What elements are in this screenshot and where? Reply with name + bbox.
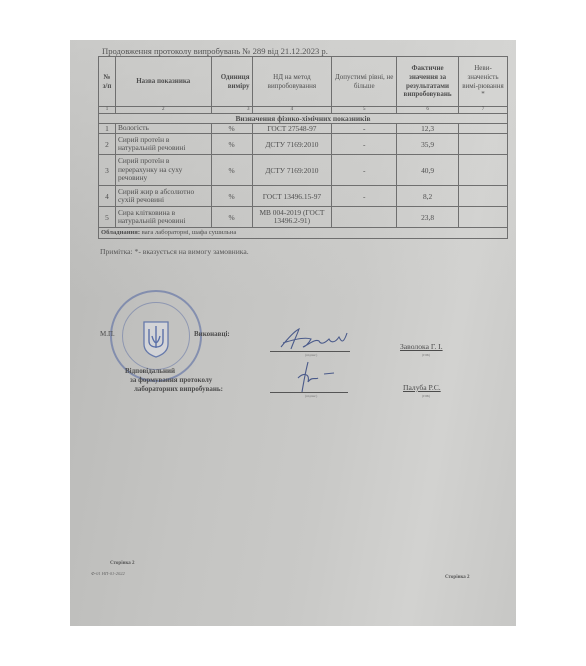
row-value: 12,3 (397, 124, 459, 134)
row-value: 8,2 (397, 186, 459, 207)
row-num: 5 (99, 207, 116, 228)
note: Примітка: *- вказується на вимогу замовн… (100, 247, 249, 256)
header-name: Назва показника (115, 57, 211, 107)
responsible-label-1: Відповідальний (125, 367, 175, 375)
signature-caption-1: (підпис) (305, 353, 317, 357)
row-name: Сирий протеїн в натуральній речовині (115, 134, 211, 155)
trident-emblem-icon (140, 320, 172, 358)
colnum: 6 (397, 107, 459, 114)
row-num: 3 (99, 155, 116, 186)
table-row: 5 Сира клітковина в натуральній речовині… (99, 207, 508, 228)
signature-line-performer (270, 351, 350, 352)
section-row: Визначення фізико-хімічних показників (99, 114, 508, 124)
document-page: Продовження протоколу випробувань № 289 … (70, 40, 516, 626)
performer-name: Заволока Г. І. (400, 342, 443, 351)
signature-responsible (290, 360, 340, 394)
header-method: НД на метод випробовування (252, 57, 332, 107)
footer-form-code: Ф-01 НП-01-2022 (91, 571, 125, 576)
row-name: Сирий жир в абсолютно сухій речовині (115, 186, 211, 207)
header-value: Фактичне значення за результатами випроб… (397, 57, 459, 107)
row-unit: % (211, 155, 252, 186)
footer-page-left: Сторінка 2 (110, 561, 135, 566)
section-title: Визначення фізико-хімічних показників (99, 114, 508, 124)
row-uncertainty (459, 124, 508, 134)
header-limit: Допустимі рівні, не більше (332, 57, 397, 107)
row-value: 35,9 (397, 134, 459, 155)
colnum: 4 (252, 107, 332, 114)
row-uncertainty (459, 155, 508, 186)
signature-caption-2: (підпис) (305, 394, 317, 398)
row-name: Сира клітковина в натуральній речовині (115, 207, 211, 228)
name-caption-1: (ПІБ) (422, 353, 430, 357)
footer-page-right: Сторінка 2 (445, 575, 470, 580)
name-caption-2: (ПІБ) (422, 394, 430, 398)
row-num: 2 (99, 134, 116, 155)
colnum: 7 (459, 107, 508, 114)
row-method: ГОСТ 27548-97 (252, 124, 332, 134)
row-name: Вологість (115, 124, 211, 134)
table-row: 1 Вологість % ГОСТ 27548-97 - 12,3 (99, 124, 508, 134)
row-unit: % (211, 207, 252, 228)
responsible-label-3: лабораторних випробувань: (134, 385, 223, 393)
results-table: № з/п Назва показника Одиниця виміру НД … (98, 56, 508, 239)
colnum: 3 (211, 107, 252, 114)
row-num: 1 (99, 124, 116, 134)
colnum: 5 (332, 107, 397, 114)
continuation-heading: Продовження протоколу випробувань № 289 … (102, 46, 328, 56)
row-value: 23,8 (397, 207, 459, 228)
equipment-label: Обладнання: (101, 229, 140, 236)
row-value: 40,9 (397, 155, 459, 186)
footer-page-left-text: Сторінка 2 (110, 561, 135, 566)
row-method: ГОСТ 13496.15-97 (252, 186, 332, 207)
header-uncertainty: Неви-значеність вимі-рювання * (459, 57, 508, 107)
header-num: № з/п (99, 57, 116, 107)
row-method: ДСТУ 7169:2010 (252, 134, 332, 155)
row-limit: - (332, 134, 397, 155)
colnum: 2 (115, 107, 211, 114)
header-unit: Одиниця виміру (211, 57, 252, 107)
performers-label: Виконавці: (194, 330, 230, 338)
row-limit: - (332, 155, 397, 186)
row-unit: % (211, 124, 252, 134)
table-row: 3 Сирий протеїн в перерахунку на суху ре… (99, 155, 508, 186)
signature-line-responsible (270, 392, 348, 393)
table-row: 4 Сирий жир в абсолютно сухій речовині %… (99, 186, 508, 207)
row-method: ДСТУ 7169:2010 (252, 155, 332, 186)
column-number-row: 1 2 3 4 5 6 7 (99, 107, 508, 114)
colnum: 1 (99, 107, 116, 114)
equipment-cell: Обладнання: вага лабораторні, шафа сушил… (99, 228, 508, 239)
row-num: 4 (99, 186, 116, 207)
row-name: Сирий протеїн в перерахунку на суху речо… (115, 155, 211, 186)
row-limit: - (332, 186, 397, 207)
row-uncertainty (459, 134, 508, 155)
stamp-label: М.П. (100, 330, 115, 338)
table-header-row: № з/п Назва показника Одиниця виміру НД … (99, 57, 508, 107)
equipment-value: вага лабораторні, шафа сушильна (142, 229, 237, 236)
row-uncertainty (459, 186, 508, 207)
row-unit: % (211, 186, 252, 207)
row-method: МВ 004-2019 (ГОСТ 13496.2-91) (252, 207, 332, 228)
row-uncertainty (459, 207, 508, 228)
signature-performer (275, 325, 355, 353)
table-row: 2 Сирий протеїн в натуральній речовині %… (99, 134, 508, 155)
row-limit (332, 207, 397, 228)
equipment-row: Обладнання: вага лабораторні, шафа сушил… (99, 228, 508, 239)
row-limit: - (332, 124, 397, 134)
row-unit: % (211, 134, 252, 155)
responsible-name: Палуба Р.С. (403, 383, 441, 392)
responsible-label-2: за формування протоколу (130, 376, 212, 384)
